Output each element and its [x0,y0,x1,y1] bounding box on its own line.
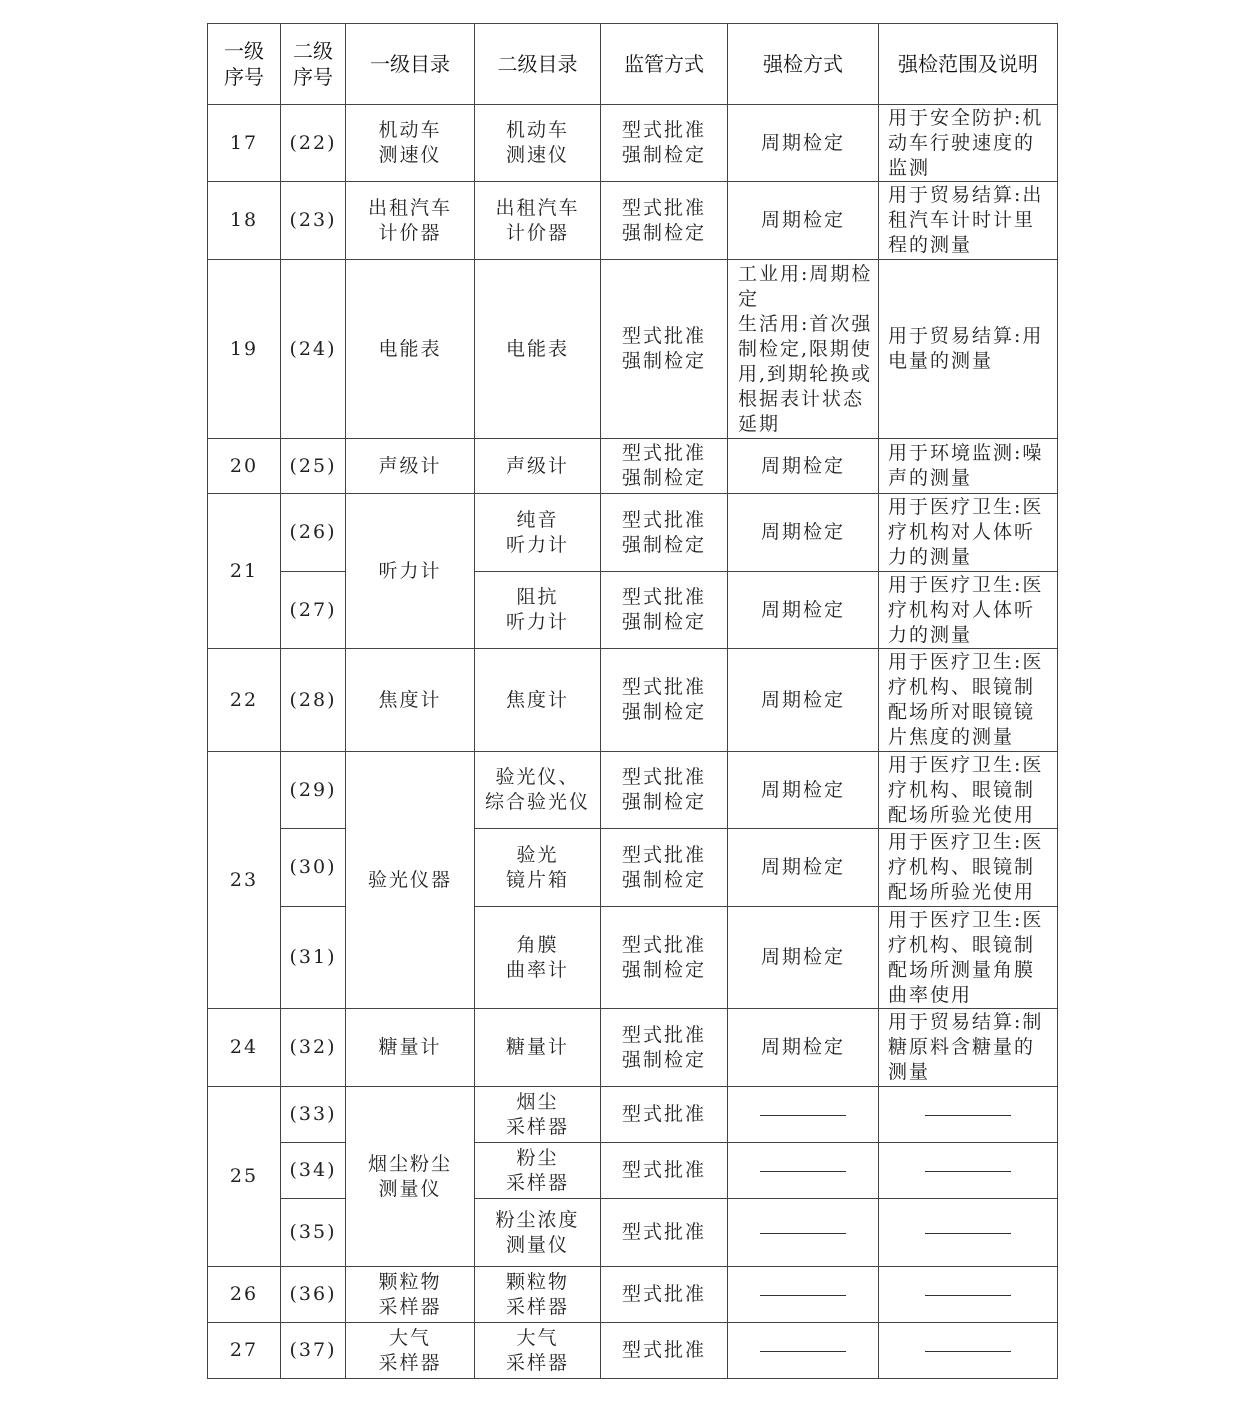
level2-catalog: 糖量计 [475,1009,601,1087]
scope-empty [879,1267,1058,1323]
dash-placeholder [760,1233,846,1234]
level2-no: (31) [281,907,346,1009]
level1-catalog: 颗粒物 采样器 [346,1267,475,1323]
dash-placeholder [760,1295,846,1296]
inspection: 周期检定 [728,572,879,649]
level1-no: 21 [208,494,281,649]
table-row: 17 (22) 机动车 测速仪 机动车 测速仪 型式批准 强制检定 周期检定 用… [208,105,1058,182]
level2-no: (33) [281,1087,346,1143]
level2-no: (37) [281,1323,346,1379]
supervision: 型式批准 强制检定 [601,105,728,182]
level2-no: (35) [281,1199,346,1267]
supervision: 型式批准 强制检定 [601,572,728,649]
level2-no: (36) [281,1267,346,1323]
table-row: 22 (28) 焦度计 焦度计 型式批准 强制检定 周期检定 用于医疗卫生:医疗… [208,649,1058,752]
supervision: 型式批准 强制检定 [601,182,728,260]
table-row: 26 (36) 颗粒物 采样器 颗粒物 采样器 型式批准 [208,1267,1058,1323]
level1-catalog: 听力计 [346,494,475,649]
level1-catalog: 验光仪器 [346,752,475,1009]
table-row: 19 (24) 电能表 电能表 型式批准 强制检定 工业用:周期检定 生活用:首… [208,260,1058,439]
level2-catalog: 粉尘浓度 测量仪 [475,1199,601,1267]
supervision: 型式批准 [601,1199,728,1267]
level2-catalog: 声级计 [475,439,601,494]
header-level1-no: 一级 序号 [208,24,281,105]
level1-no: 24 [208,1009,281,1087]
level2-no: (22) [281,105,346,182]
level1-no: 22 [208,649,281,752]
level1-catalog: 电能表 [346,260,475,439]
table-row: (35) 粉尘浓度 测量仪 型式批准 [208,1199,1058,1267]
inspection-empty [728,1143,879,1199]
dash-placeholder [760,1115,846,1116]
supervision: 型式批准 [601,1087,728,1143]
supervision: 型式批准 强制检定 [601,649,728,752]
level1-no: 27 [208,1323,281,1379]
supervision: 型式批准 强制检定 [601,907,728,1009]
supervision: 型式批准 [601,1267,728,1323]
scope: 用于医疗卫生:医疗机构、眼镜制配场所验光使用 [879,752,1058,829]
level1-catalog: 烟尘粉尘 测量仪 [346,1087,475,1267]
header-scope: 强检范围及说明 [879,24,1058,105]
metrology-catalog-table: 一级 序号 二级 序号 一级目录 二级目录 监管方式 强检方式 强检范围及说明 … [207,23,1058,1379]
table-row: 20 (25) 声级计 声级计 型式批准 强制检定 周期检定 用于环境监测:噪声… [208,439,1058,494]
scope: 用于贸易结算:用电量的测量 [879,260,1058,439]
header-inspection: 强检方式 [728,24,879,105]
level2-catalog: 焦度计 [475,649,601,752]
level2-no: (25) [281,439,346,494]
inspection-empty [728,1267,879,1323]
scope: 用于安全防护:机动车行驶速度的监测 [879,105,1058,182]
dash-placeholder [925,1351,1011,1352]
level1-catalog: 声级计 [346,439,475,494]
level2-no: (23) [281,182,346,260]
scope-empty [879,1087,1058,1143]
inspection: 周期检定 [728,752,879,829]
level1-no: 18 [208,182,281,260]
level2-no: (27) [281,572,346,649]
inspection: 周期检定 [728,105,879,182]
scope: 用于医疗卫生:医疗机构、眼镜制配场所测量角膜曲率使用 [879,907,1058,1009]
scope: 用于环境监测:噪声的测量 [879,439,1058,494]
dash-placeholder [925,1233,1011,1234]
scope: 用于医疗卫生:医疗机构对人体听力的测量 [879,494,1058,572]
supervision: 型式批准 [601,1323,728,1379]
level2-catalog: 大气 采样器 [475,1323,601,1379]
supervision: 型式批准 强制检定 [601,439,728,494]
header-supervision: 监管方式 [601,24,728,105]
table-row: 27 (37) 大气 采样器 大气 采样器 型式批准 [208,1323,1058,1379]
level2-catalog: 颗粒物 采样器 [475,1267,601,1323]
header-level2-no: 二级 序号 [281,24,346,105]
dash-placeholder [760,1171,846,1172]
level1-catalog: 出租汽车 计价器 [346,182,475,260]
scope: 用于医疗卫生:医疗机构对人体听力的测量 [879,572,1058,649]
inspection: 周期检定 [728,439,879,494]
table-row: (27) 阻抗 听力计 型式批准 强制检定 周期检定 用于医疗卫生:医疗机构对人… [208,572,1058,649]
level1-catalog: 机动车 测速仪 [346,105,475,182]
supervision: 型式批准 强制检定 [601,829,728,907]
level2-no: (28) [281,649,346,752]
dash-placeholder [925,1171,1011,1172]
level1-no: 20 [208,439,281,494]
dash-placeholder [760,1351,846,1352]
level1-no: 23 [208,752,281,1009]
scope: 用于贸易结算:制糖原料含糖量的测量 [879,1009,1058,1087]
scope: 用于医疗卫生:医疗机构、眼镜制配场所验光使用 [879,829,1058,907]
level2-catalog: 机动车 测速仪 [475,105,601,182]
level1-no: 25 [208,1087,281,1267]
table-row: 25 (33) 烟尘粉尘 测量仪 烟尘 采样器 型式批准 [208,1087,1058,1143]
table-row: (34) 粉尘 采样器 型式批准 [208,1143,1058,1199]
scope-empty [879,1323,1058,1379]
inspection-empty [728,1323,879,1379]
level1-no: 19 [208,260,281,439]
level2-catalog: 粉尘 采样器 [475,1143,601,1199]
level1-no: 17 [208,105,281,182]
level1-catalog: 糖量计 [346,1009,475,1087]
table-row: (31) 角膜 曲率计 型式批准 强制检定 周期检定 用于医疗卫生:医疗机构、眼… [208,907,1058,1009]
level2-catalog: 电能表 [475,260,601,439]
header-level1-catalog: 一级目录 [346,24,475,105]
supervision: 型式批准 [601,1143,728,1199]
level2-no: (30) [281,829,346,907]
inspection: 周期检定 [728,182,879,260]
table-row: 23 (29) 验光仪器 验光仪、 综合验光仪 型式批准 强制检定 周期检定 用… [208,752,1058,829]
level2-catalog: 出租汽车 计价器 [475,182,601,260]
level2-catalog: 验光 镜片箱 [475,829,601,907]
level2-catalog: 纯音 听力计 [475,494,601,572]
inspection: 周期检定 [728,494,879,572]
level2-catalog: 验光仪、 综合验光仪 [475,752,601,829]
level2-no: (26) [281,494,346,572]
level2-catalog: 烟尘 采样器 [475,1087,601,1143]
scope-empty [879,1143,1058,1199]
level2-no: (29) [281,752,346,829]
inspection: 周期检定 [728,649,879,752]
supervision: 型式批准 强制检定 [601,752,728,829]
inspection: 周期检定 [728,829,879,907]
header-level2-catalog: 二级目录 [475,24,601,105]
level1-catalog: 焦度计 [346,649,475,752]
supervision: 型式批准 强制检定 [601,1009,728,1087]
level2-catalog: 角膜 曲率计 [475,907,601,1009]
dash-placeholder [925,1295,1011,1296]
level2-no: (24) [281,260,346,439]
table-row: 24 (32) 糖量计 糖量计 型式批准 强制检定 周期检定 用于贸易结算:制糖… [208,1009,1058,1087]
inspection: 周期检定 [728,907,879,1009]
scope: 用于医疗卫生:医疗机构、眼镜制配场所对眼镜镜片焦度的测量 [879,649,1058,752]
level2-no: (34) [281,1143,346,1199]
header-row: 一级 序号 二级 序号 一级目录 二级目录 监管方式 强检方式 强检范围及说明 [208,24,1058,105]
table-row: 21 (26) 听力计 纯音 听力计 型式批准 强制检定 周期检定 用于医疗卫生… [208,494,1058,572]
inspection: 周期检定 [728,1009,879,1087]
level2-catalog: 阻抗 听力计 [475,572,601,649]
table-row: (30) 验光 镜片箱 型式批准 强制检定 周期检定 用于医疗卫生:医疗机构、眼… [208,829,1058,907]
level1-catalog: 大气 采样器 [346,1323,475,1379]
scope-empty [879,1199,1058,1267]
inspection-empty [728,1087,879,1143]
supervision: 型式批准 强制检定 [601,494,728,572]
level1-no: 26 [208,1267,281,1323]
level2-no: (32) [281,1009,346,1087]
inspection-empty [728,1199,879,1267]
table-row: 18 (23) 出租汽车 计价器 出租汽车 计价器 型式批准 强制检定 周期检定… [208,182,1058,260]
dash-placeholder [925,1115,1011,1116]
inspection: 工业用:周期检定 生活用:首次强制检定,限期使用,到期轮换或根据表计状态延期 [728,260,879,439]
supervision: 型式批准 强制检定 [601,260,728,439]
scope: 用于贸易结算:出租汽车计时计里程的测量 [879,182,1058,260]
